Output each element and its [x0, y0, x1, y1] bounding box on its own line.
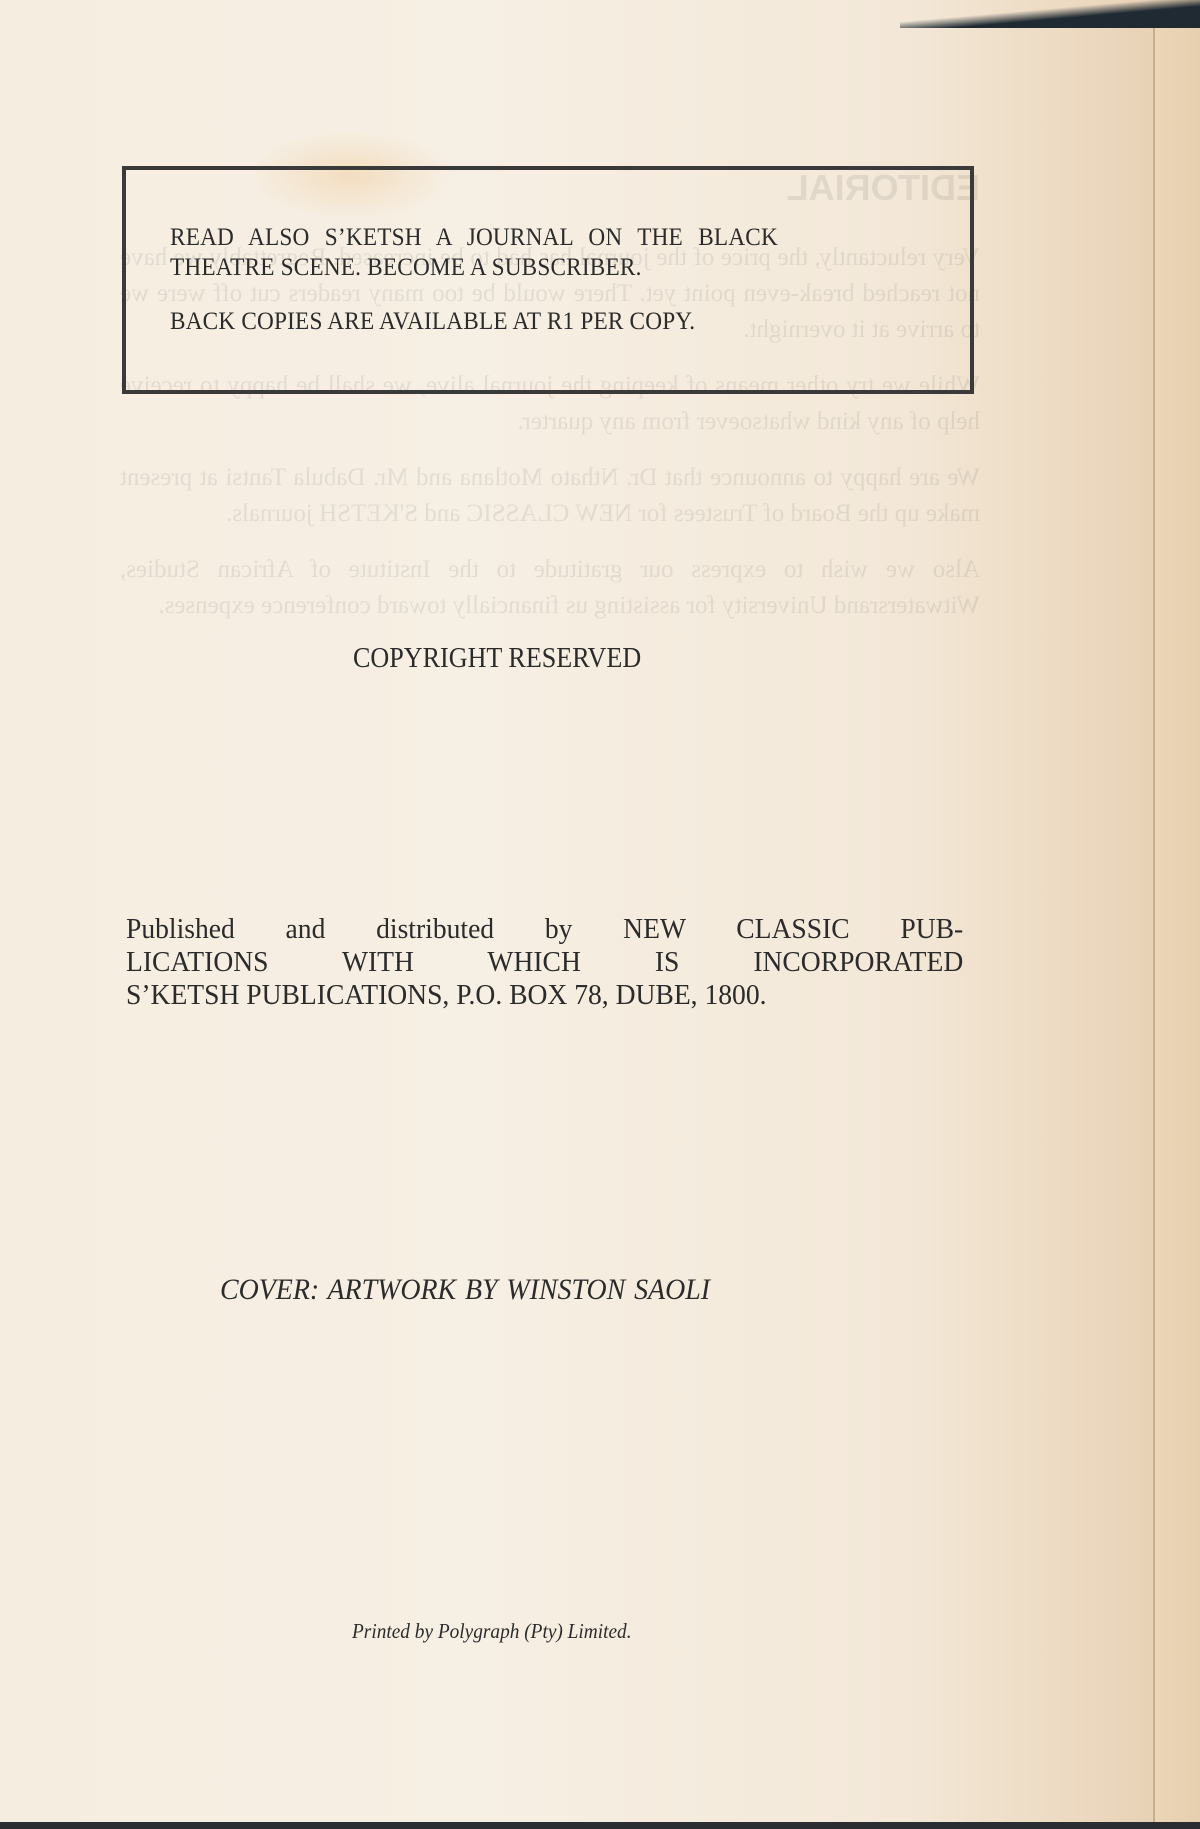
subscription-notice-box: READ ALSO S’KETSH A JOURNAL ON THE BLACK… [122, 166, 974, 394]
publisher-statement: Published and distributed by NEW CLASSIC… [126, 913, 976, 1012]
notice-line-3: BACK COPIES ARE AVAILABLE AT R1 PER COPY… [170, 308, 695, 336]
printer-credit: Printed by Polygraph (Pty) Limited. [352, 1619, 632, 1644]
top-corner-shadow [900, 0, 1200, 28]
copyright-notice: COPYRIGHT RESERVED [353, 642, 641, 675]
publisher-line-3: S’KETSH PUBLICATIONS, P.O. BOX 78, DUBE,… [126, 979, 963, 1012]
notice-line-1: READ ALSO S’KETSH A JOURNAL ON THE BLACK [170, 224, 778, 252]
bleed-through-paragraph: We are happy to announce that Dr. Nthato… [120, 460, 980, 532]
scan-bottom-edge [0, 1822, 1200, 1829]
page-edge-line [1153, 20, 1155, 1825]
publisher-line-2: LICATIONS WITH WHICH IS INCORPORATED [126, 946, 963, 979]
adjacent-page-edge [1155, 20, 1200, 1825]
notice-line-2: THEATRE SCENE. BECOME A SUBSCRIBER. [170, 254, 642, 282]
publisher-line-1: Published and distributed by NEW CLASSIC… [126, 913, 963, 946]
bleed-through-paragraph: Also we wish to express our gratitude to… [120, 552, 980, 624]
cover-artwork-credit: COVER: ARTWORK BY WINSTON SAOLI [220, 1273, 710, 1307]
